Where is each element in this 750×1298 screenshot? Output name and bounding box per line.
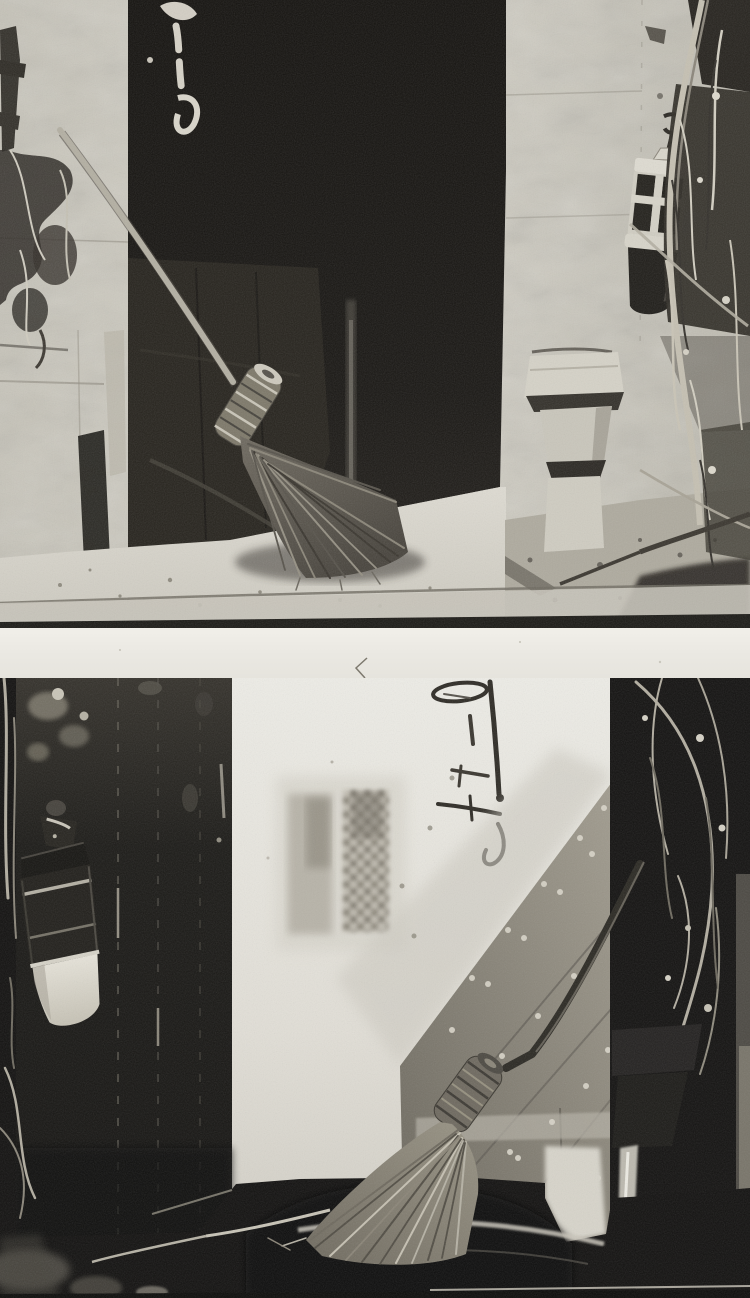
scratch-mark [356, 658, 367, 678]
film-grain [0, 0, 750, 628]
film-grain [0, 678, 750, 1298]
top-photo-positive [0, 0, 750, 628]
photo-collage [0, 0, 750, 1298]
bottom-photo-negative [0, 678, 750, 1298]
film-divider [0, 628, 750, 678]
